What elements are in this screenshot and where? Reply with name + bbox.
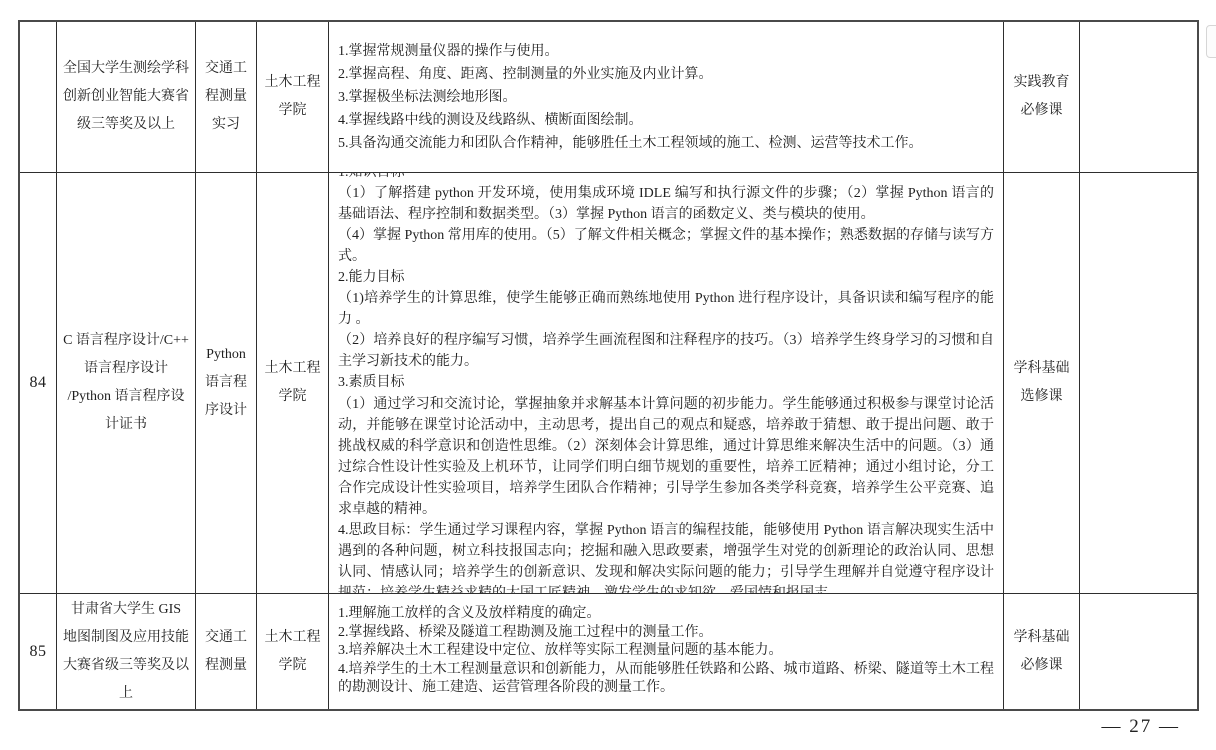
course-name-cell: 交通工程测量 [196,594,257,709]
objective-item: 4.思政目标：学生通过学习课程内容，掌握 Python 语言的编程技能，能够使用… [338,520,994,593]
objective-item: 2.掌握高程、角度、距离、控制测量的外业实施及内业计算。 [338,63,994,86]
college-cell: 土木工程学院 [257,594,329,709]
objective-item: （1）了解搭建 python 开发环境，使用集成环境 IDLE 编写和执行源文件… [338,183,994,225]
objectives-cell: 1.掌握常规测量仪器的操作与使用。 2.掌握高程、角度、距离、控制测量的外业实施… [329,22,1004,172]
objective-item: 1.知识目标 [338,173,994,183]
objective-item: 4.培养学生的土木工程测量意识和创新能力，从而能够胜任铁路和公路、城市道路、桥梁… [338,661,994,698]
objective-item: 3.素质目标 [338,372,994,393]
table-row: 全国大学生测绘学科创新创业智能大赛省级三等奖及以上 交通工程测量实习 土木工程学… [20,22,1197,173]
course-requirements-table: 全国大学生测绘学科创新创业智能大赛省级三等奖及以上 交通工程测量实习 土木工程学… [18,20,1199,711]
course-type-cell: 实践教育必修课 [1004,22,1080,172]
note-cell [1080,173,1197,593]
objective-item: （4）掌握 Python 常用库的使用。（5）了解文件相关概念；掌握文件的基本操… [338,225,994,267]
objective-item: （1)培养学生的计算思维，使学生能够正确而熟练地使用 Python 进行程序设计… [338,288,994,330]
award-name-cell: 甘肃省大学生 GIS 地图制图及应用技能大赛省级三等奖及以上 [57,594,196,709]
course-name-cell: 交通工程测量实习 [196,22,257,172]
table-row: 84 C 语言程序设计/C++ 语言程序设计 /Python 语言程序设计证书 … [20,173,1197,594]
objective-item: （1）通过学习和交流讨论，掌握抽象并求解基本计算问题的初步能力。学生能够通过积极… [338,394,994,521]
course-name-cell: Python 语言程序设计 [196,173,257,593]
college-cell: 土木工程学院 [257,173,329,593]
scroll-thumb[interactable] [1206,25,1216,58]
objective-item: 5.具备沟通交流能力和团队合作精神，能够胜任土木工程领域的施工、检测、运营等技术… [338,132,994,155]
row-number-cell [20,22,57,172]
objective-item: 1.掌握常规测量仪器的操作与使用。 [338,40,994,63]
page-number: — 27 — [1102,716,1181,738]
objectives-cell: 1.理解施工放样的含义及放样精度的确定。 2.掌握线路、桥梁及隧道工程勘测及施工… [329,594,1004,709]
row-number-cell: 84 [20,173,57,593]
award-name-cell: 全国大学生测绘学科创新创业智能大赛省级三等奖及以上 [57,22,196,172]
note-cell [1080,594,1197,709]
college-cell: 土木工程学院 [257,22,329,172]
document-page: 全国大学生测绘学科创新创业智能大赛省级三等奖及以上 交通工程测量实习 土木工程学… [0,0,1216,750]
objective-item: （2）培养良好的程序编写习惯，培养学生画流程图和注释程序的技巧。（3）培养学生终… [338,330,994,372]
course-type-cell: 学科基础必修课 [1004,594,1080,709]
table-row: 85 甘肃省大学生 GIS 地图制图及应用技能大赛省级三等奖及以上 交通工程测量… [20,594,1197,709]
objective-item: 1.理解施工放样的含义及放样精度的确定。 [338,605,994,624]
objective-item: 3.培养解决土木工程建设中定位、放样等实际工程测量问题的基本能力。 [338,642,994,661]
objective-item: 2.能力目标 [338,267,994,288]
note-cell [1080,22,1197,172]
course-type-cell: 学科基础选修课 [1004,173,1080,593]
objective-item: 3.掌握极坐标法测绘地形图。 [338,86,994,109]
objectives-cell: 1.知识目标 （1）了解搭建 python 开发环境，使用集成环境 IDLE 编… [329,173,1004,593]
objective-item: 4.掌握线路中线的测设及线路纵、横断面图绘制。 [338,109,994,132]
objective-item: 2.掌握线路、桥梁及隧道工程勘测及施工过程中的测量工作。 [338,624,994,643]
row-number-cell: 85 [20,594,57,709]
award-name-cell: C 语言程序设计/C++ 语言程序设计 /Python 语言程序设计证书 [57,173,196,593]
